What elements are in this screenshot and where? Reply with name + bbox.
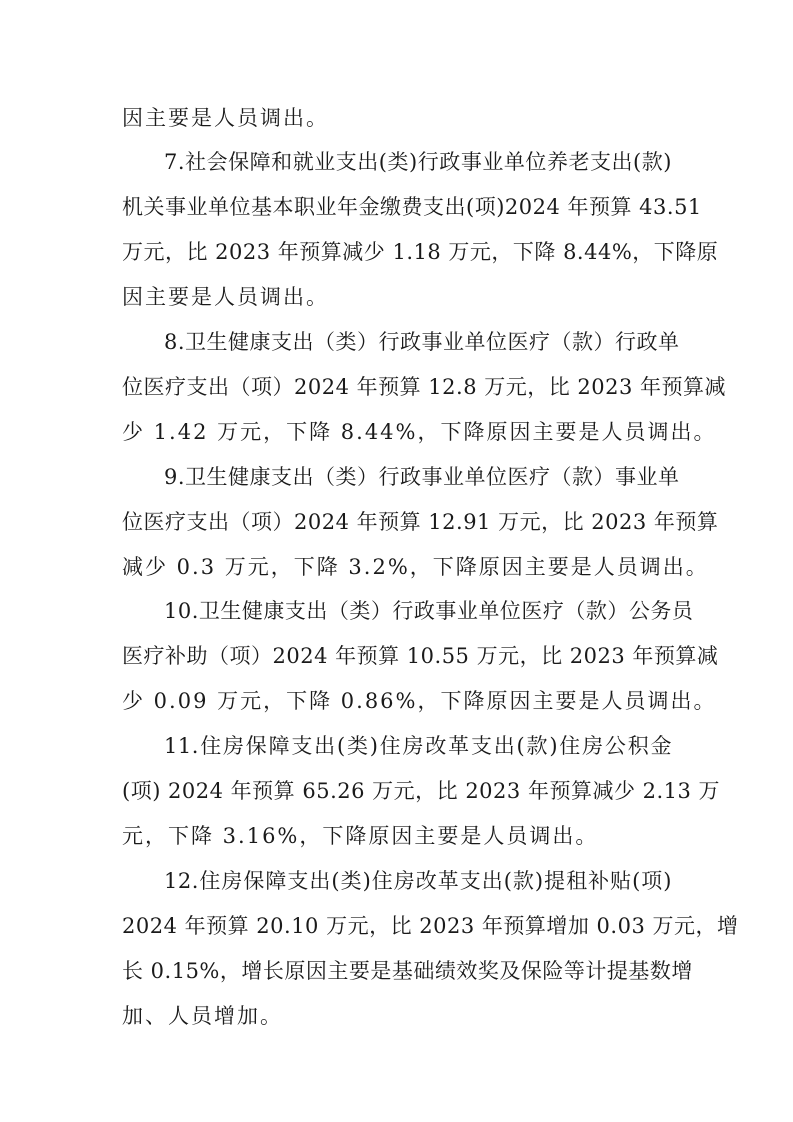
- paragraph-11-line-2: (项) 2024 年预算 65.26 万元，比 2023 年预算减少 2.13 …: [122, 776, 672, 806]
- paragraph-9-line-1: 9.卫生健康支出（类）行政事业单位医疗（款）事业单: [164, 462, 672, 492]
- paragraph-7-line-1: 7.社会保障和就业支出(类)行政事业单位养老支出(款): [164, 147, 672, 177]
- paragraph-7-line-2: 机关事业单位基本职业年金缴费支出(项)2024 年预算 43.51: [122, 192, 672, 222]
- paragraph-9-line-2: 位医疗支出（项）2024 年预算 12.91 万元，比 2023 年预算: [122, 507, 672, 537]
- paragraph-10-line-1: 10.卫生健康支出（类）行政事业单位医疗（款）公务员: [164, 596, 672, 626]
- paragraph-12-line-1: 12.住房保障支出(类)住房改革支出(款)提租补贴(项): [164, 866, 672, 896]
- paragraph-12-line-4: 加、人员增加。: [122, 1001, 672, 1031]
- paragraph-9-line-3: 减少 0.3 万元，下降 3.2%，下降原因主要是人员调出。: [122, 552, 672, 582]
- paragraph-8-line-1: 8.卫生健康支出（类）行政事业单位医疗（款）行政单: [164, 327, 672, 357]
- paragraph-6-end: 因主要是人员调出。: [122, 103, 672, 133]
- paragraph-8-line-2: 位医疗支出（项）2024 年预算 12.8 万元，比 2023 年预算减: [122, 372, 672, 402]
- paragraph-10-line-3: 少 0.09 万元，下降 0.86%，下降原因主要是人员调出。: [122, 686, 672, 716]
- paragraph-8-line-3: 少 1.42 万元，下降 8.44%，下降原因主要是人员调出。: [122, 417, 672, 447]
- paragraph-12-line-2: 2024 年预算 20.10 万元，比 2023 年预算增加 0.03 万元，增: [122, 911, 672, 941]
- paragraph-7-line-4: 因主要是人员调出。: [122, 282, 672, 312]
- paragraph-11-line-3: 元，下降 3.16%，下降原因主要是人员调出。: [122, 821, 672, 851]
- document-page: 因主要是人员调出。 7.社会保障和就业支出(类)行政事业单位养老支出(款) 机关…: [0, 0, 793, 1122]
- paragraph-11-line-1: 11.住房保障支出(类)住房改革支出(款)住房公积金: [164, 731, 672, 761]
- paragraph-10-line-2: 医疗补助（项）2024 年预算 10.55 万元，比 2023 年预算减: [122, 641, 672, 671]
- paragraph-12-line-3: 长 0.15%，增长原因主要是基础绩效奖及保险等计提基数增: [122, 956, 672, 986]
- paragraph-7-line-3: 万元，比 2023 年预算减少 1.18 万元，下降 8.44%，下降原: [122, 237, 672, 267]
